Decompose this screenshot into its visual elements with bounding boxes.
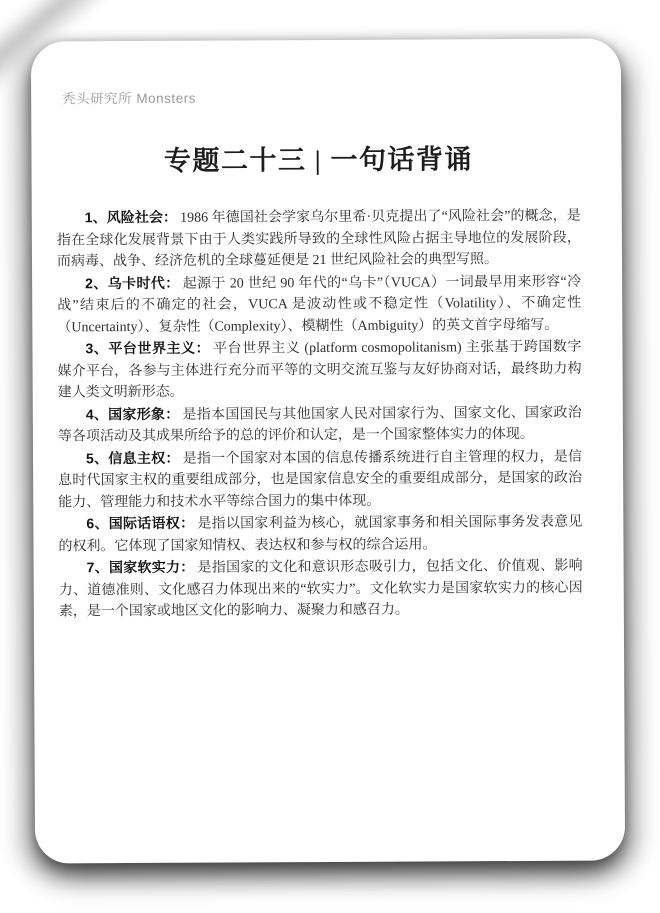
term-label: 1、风险社会：	[85, 209, 177, 225]
term-label: 4、国家形象：	[86, 405, 180, 421]
term-label: 3、平台世界主义：	[85, 340, 210, 357]
term-label: 2、乌卡时代：	[85, 274, 180, 290]
definition-paragraph-information-sovereignty: 5、信息主权：是指一个国家对本国的信息传播系统进行自主管理的权力，是信息时代国家…	[58, 445, 582, 513]
term-label: 5、信息主权：	[86, 449, 180, 465]
definition-paragraph-risk-society: 1、风险社会：1986 年德国社会学家乌尔里希·贝克提出了“风险社会”的概念，是…	[57, 205, 581, 273]
page-background: 秃头研究所 Monsters 专题二十三 | 一句话背诵 1、风险社会：1986…	[0, 0, 660, 913]
page-title: 专题二十三 | 一句话背诵	[56, 137, 580, 179]
definition-paragraph-vuca-era: 2、乌卡时代：起源于 20 世纪 90 年代的“乌卡”（VUCA）一词最早用来形…	[57, 270, 581, 338]
notes-card: 秃头研究所 Monsters 专题二十三 | 一句话背诵 1、风险社会：1986…	[31, 38, 625, 863]
term-label: 6、国际话语权：	[86, 515, 194, 532]
definition-paragraph-platform-cosmopolitanism: 3、平台世界主义：平台世界主义 (platform cosmopolitanis…	[57, 336, 581, 404]
definition-paragraph-international-discourse-power: 6、国际话语权：是指以国家利益为核心，就国家事务和相关国际事务发表意见的权利。它…	[58, 511, 582, 558]
definition-paragraph-national-image: 4、国家形象：是指本国国民与其他国家人民对国家行为、国家文化、国家政治等各项活动…	[58, 401, 582, 448]
term-label: 7、国家软实力：	[87, 559, 195, 576]
brand-watermark: 秃头研究所 Monsters	[62, 85, 580, 108]
definitions-list: 1、风险社会：1986 年德国社会学家乌尔里希·贝克提出了“风险社会”的概念，是…	[57, 205, 583, 623]
definition-paragraph-national-soft-power: 7、国家软实力：是指国家的文化和意识形态吸引力，包括文化、价值观、影响力、道德准…	[59, 555, 583, 623]
